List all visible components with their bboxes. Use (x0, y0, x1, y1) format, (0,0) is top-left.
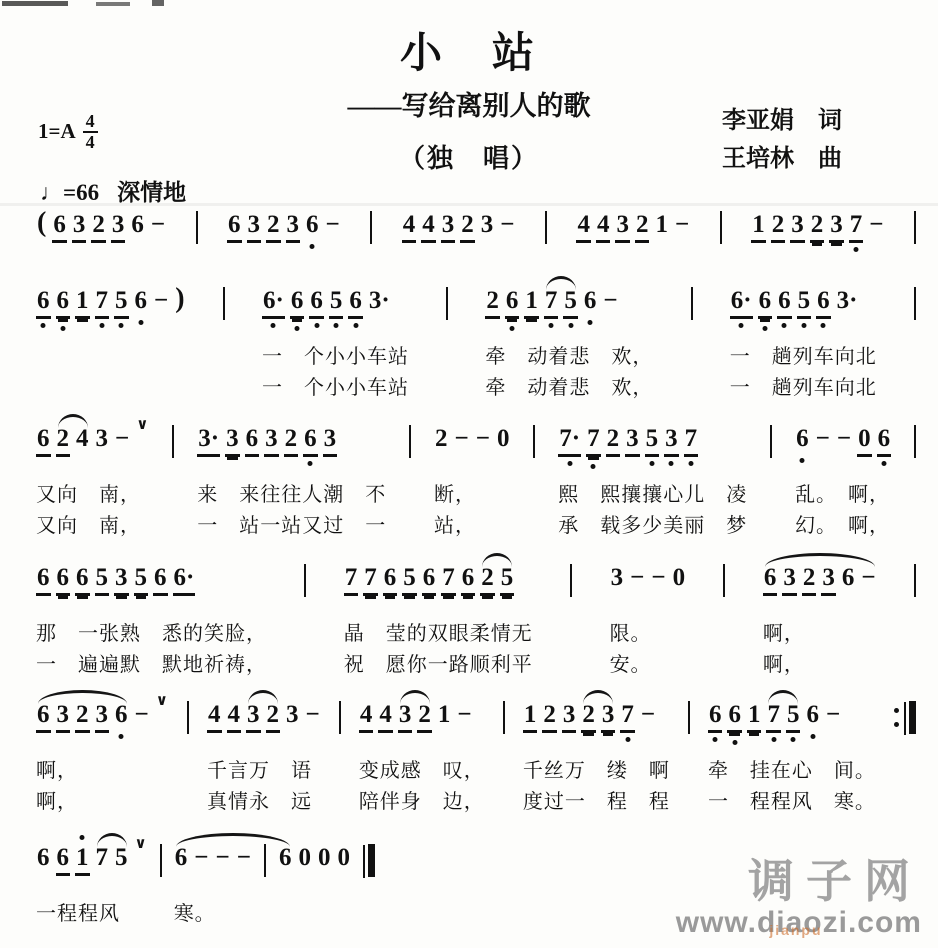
note-6: 6 (708, 700, 723, 733)
barline (720, 211, 722, 244)
note-7: 7 (684, 424, 699, 457)
notes-row: 63236− (763, 563, 877, 611)
note-6: 6 (290, 286, 305, 319)
lyric-line: 一 趟列车向北 (730, 344, 877, 371)
note-6: 6 (174, 843, 189, 873)
slur-arc (176, 833, 291, 847)
expression-marking: 深情地 (117, 174, 186, 207)
measure: 6−−06乱。 啊，幻。 啊， (795, 424, 891, 540)
slur-arc (58, 414, 88, 428)
measure: 63236− (227, 210, 341, 258)
barline (172, 425, 174, 458)
measure: 6−−−寒。 (174, 843, 252, 928)
lyric-line: 断， (434, 482, 511, 509)
note-3: 3 (247, 210, 262, 243)
note-7: 7 (363, 563, 378, 596)
note-3: 3 (95, 424, 110, 454)
dash-hold: − (134, 700, 150, 730)
note-6: 6 (245, 424, 260, 457)
note-4: 4 (207, 700, 222, 733)
note-7: 7 (344, 563, 359, 596)
note-4: 4 (75, 424, 90, 454)
note-3: 3 (480, 210, 495, 240)
note-6: 6 (795, 424, 810, 454)
system-row: 661756−)6·66563·一 个小小车站一 个小小车站261756−牵 动… (36, 286, 916, 402)
note-6: 6 (75, 563, 90, 596)
note-6: 6 (227, 210, 242, 243)
note-1: 1 (654, 210, 669, 240)
lyric-line: 啊， (763, 621, 877, 648)
dash-hold: − (475, 424, 491, 454)
note-6: 6 (309, 286, 324, 319)
music-system: 661756−)6·66563·一 个小小车站一 个小小车站261756−牵 动… (36, 286, 916, 402)
notes-row: 2−−0 (434, 424, 511, 472)
note-6: 6 (36, 700, 51, 733)
lyric-line: 安。 (610, 652, 687, 679)
note-6: 6· (173, 563, 196, 596)
note-6: 6 (36, 286, 51, 319)
barline (691, 287, 693, 320)
song-title: 小 站 (0, 20, 938, 80)
note-5: 5 (95, 563, 110, 596)
note-3: 3 (562, 700, 577, 733)
rest-0: 0 (297, 843, 312, 873)
dash-hold: − (153, 286, 169, 316)
lyric-line: 限。 (610, 621, 687, 648)
lyric-line: 那 一张熟 悉的笑脸， (36, 621, 267, 648)
thick-barline (909, 701, 916, 734)
note-3: 3 (286, 210, 301, 243)
system-row: 63236−∨啊，啊，44323−千言万 语真情永 远44321−变成感 叹，陪… (36, 700, 916, 816)
note-4: 4 (227, 700, 242, 733)
lyric-line: 晶 莹的双眼柔情无 (344, 621, 533, 648)
lyric-line: 乱。 啊， (795, 482, 891, 509)
note-1: 1 (751, 210, 766, 243)
final-barline (363, 844, 375, 878)
lyric-line: 站， (434, 513, 511, 540)
lyric-line: 度过一 程 程 (523, 789, 670, 816)
note-6: 6 (56, 563, 71, 596)
note-3: 3 (225, 424, 240, 457)
note-6: 6 (52, 210, 67, 243)
music-system: 66653566·那 一张熟 悉的笑脸，一 遍遍默 默地祈祷，776567625… (36, 563, 916, 679)
barline (446, 287, 448, 320)
dash-hold: − (674, 210, 690, 240)
breath-mark: ∨ (155, 694, 169, 709)
lyric-line: 牵 动着悲 欢， (485, 375, 653, 402)
notes-row: 123237− (751, 210, 884, 258)
key-label: 1=A (38, 119, 76, 144)
scan-artifact (152, 0, 164, 6)
time-signature-numerator: 4 (83, 112, 98, 133)
lyric-line: 一 站一站又过 一 (197, 513, 386, 540)
system-row: (63236−63236−44323−44321−123237− (36, 210, 916, 258)
note-4: 4 (596, 210, 611, 243)
note-2: 2 (771, 210, 786, 243)
measure: (63236− (36, 210, 166, 258)
note-2: 2 (581, 700, 596, 733)
dash-hold: − (499, 210, 515, 240)
note-6: 6 (763, 563, 778, 596)
time-signature-denominator: 4 (86, 133, 95, 152)
note-2: 2 (480, 563, 495, 596)
dash-hold: − (868, 210, 884, 240)
notes-row: 6243−∨ (36, 424, 149, 472)
repeat-dot (894, 722, 899, 727)
measure: 661756−牵 挂在心 间。一 程程风 寒。 (708, 700, 876, 816)
intro-paren: ) (174, 284, 185, 314)
measure: 2−−0断，站， (434, 424, 511, 540)
dash-hold: − (640, 700, 656, 730)
note-3: 3 (441, 210, 456, 243)
slur-arc (546, 276, 576, 290)
note-6: 6 (727, 700, 742, 733)
notes-row: 63236− (227, 210, 341, 258)
watermark-overlay-text: jianpu (769, 922, 822, 938)
watermark: 调子网 jianpu www.diaozi.com (676, 858, 922, 940)
barline (914, 211, 916, 244)
note-5: 5 (645, 424, 660, 457)
measure: 3−−0限。安。 (610, 563, 687, 679)
notes-row: 6000 (278, 843, 351, 891)
note-1: 1 (524, 286, 539, 319)
note-3: 3 (615, 210, 630, 243)
note-6: 6 (56, 286, 71, 319)
note-4: 4 (359, 700, 374, 733)
lyric-line: 一 个小小车站 (262, 344, 409, 371)
dash-hold: − (193, 843, 209, 873)
barline (223, 287, 225, 320)
note-6: 6 (36, 843, 51, 873)
note-4: 4 (378, 700, 393, 733)
note-2: 2 (266, 700, 281, 733)
rest-0: 0 (317, 843, 332, 873)
slur-arc (583, 690, 613, 704)
system-row: 66175∨一程程风6−−−寒。6000 (36, 843, 375, 928)
watermark-url-row: jianpu www.diaozi.com (676, 906, 922, 940)
notes-row: 44323− (402, 210, 516, 258)
measure: 123237− (751, 210, 884, 258)
note-6: 6 (805, 700, 820, 730)
note-5: 5 (786, 700, 801, 733)
note-7: 7 (544, 286, 559, 319)
dash-hold: − (236, 843, 252, 873)
note-2: 2 (542, 700, 557, 733)
note-3: 3 (72, 210, 87, 243)
note-5: 5 (134, 563, 149, 596)
note-3: 3 (664, 424, 679, 457)
lyric-line: 千言万 语 (207, 758, 321, 785)
barline (264, 844, 266, 877)
measure: 66175∨一程程风 (36, 843, 148, 928)
note-2: 2 (56, 424, 71, 457)
barline (160, 844, 162, 877)
notes-row: 6−−− (174, 843, 252, 891)
dash-hold: − (815, 424, 831, 454)
note-1: 1 (437, 700, 452, 730)
note-3: 3 (56, 700, 71, 733)
note-6: 6 (114, 700, 129, 730)
measure: 6000 (278, 843, 351, 928)
notes-row: 3·363263 (197, 424, 386, 472)
notes-row: 44321− (576, 210, 690, 258)
lyric-line: 承 载多少美丽 梦 (558, 513, 747, 540)
note-3: 3 (790, 210, 805, 243)
note-2: 2 (606, 424, 621, 457)
barline (503, 701, 505, 734)
note-6: 6 (36, 563, 51, 596)
lyric-line: 变成感 叹， (359, 758, 485, 785)
lyric-line: 熙 熙攘攘心儿 凌 (558, 482, 747, 509)
note-6: 6 (56, 843, 71, 876)
music-system: 66175∨一程程风6−−−寒。6000 (36, 843, 375, 928)
note-5: 5 (114, 286, 129, 319)
note-4: 4 (421, 210, 436, 243)
note-3: 3 (323, 424, 338, 457)
note-1: 1 (75, 843, 90, 876)
note-2: 2 (266, 210, 281, 243)
note-2: 2 (802, 563, 817, 596)
notes-row: 44323− (207, 700, 321, 748)
slur-arc (97, 833, 127, 847)
barline (533, 425, 535, 458)
notes-row: 66175∨ (36, 843, 148, 891)
note-7: 7 (620, 700, 635, 733)
breath-mark: ∨ (134, 837, 148, 852)
note-3: 3 (246, 700, 261, 733)
music-system: 63236−∨啊，啊，44323−千言万 语真情永 远44321−变成感 叹，陪… (36, 700, 916, 816)
notes-row: 661756− (708, 700, 876, 748)
note-3: 3 (782, 563, 797, 596)
barline (688, 701, 690, 734)
note-6: 6· (262, 286, 285, 319)
note-1: 1 (75, 286, 90, 319)
rest-0: 0 (857, 424, 872, 457)
measure: 44321− (576, 210, 690, 258)
rest-0: 0 (672, 563, 687, 593)
notes-row: 123237− (523, 700, 670, 748)
note-3: 3 (398, 700, 413, 733)
note-7: 7 (849, 210, 864, 243)
slur-arc (38, 690, 127, 704)
lyric-line (36, 344, 186, 371)
note-6: 6 (877, 424, 892, 457)
measure: 261756−牵 动着悲 欢，牵 动着悲 欢， (485, 286, 653, 402)
note-6: 6 (583, 286, 598, 316)
note-2: 2 (485, 286, 500, 319)
lyric-line (36, 375, 186, 402)
barline (196, 211, 198, 244)
measure: 776567625晶 莹的双眼柔情无祝 愿你一路顺利平 (344, 563, 533, 679)
barline (723, 564, 725, 597)
note-3: 3 (625, 424, 640, 457)
note-6: 6 (816, 286, 831, 319)
note-2: 2 (434, 424, 449, 454)
time-signature: 4 4 (83, 112, 98, 152)
note-4: 4 (402, 210, 417, 243)
note-3: 3· (197, 424, 220, 457)
note-2: 2 (635, 210, 650, 243)
note-6: 6 (383, 563, 398, 596)
dash-hold: − (650, 563, 666, 593)
note-6: 6 (422, 563, 437, 596)
barline (409, 425, 411, 458)
barline (570, 564, 572, 597)
barline (545, 211, 547, 244)
slur-arc (768, 690, 798, 704)
note-6: 6 (777, 286, 792, 319)
key-signature: 1=A 4 4 (38, 112, 98, 152)
measure: 3·363263来 来往往人潮 不一 站一站又过 一 (197, 424, 386, 540)
note-6: 6 (303, 424, 318, 457)
note-6: 6 (348, 286, 363, 319)
measure: 661756−) (36, 286, 186, 402)
lyric-line: 一程程风 (36, 901, 148, 928)
note-5: 5 (563, 286, 578, 319)
note-6: 6 (278, 843, 293, 873)
slur-arc (482, 553, 512, 567)
measure: 123237−千丝万 缕 啊度过一 程 程 (523, 700, 670, 816)
notes-row: 6·66563· (262, 286, 409, 334)
note-6: 6· (730, 286, 753, 319)
lyric-line: 来 来往往人潮 不 (197, 482, 386, 509)
lyric-line: 寒。 (174, 901, 252, 928)
dash-hold: − (305, 700, 321, 730)
lyric-line: 千丝万 缕 啊 (523, 758, 670, 785)
note-2: 2 (460, 210, 475, 243)
dash-hold: − (325, 210, 341, 240)
note-6: 6 (134, 286, 149, 316)
lyric-line: 啊， (36, 758, 169, 785)
note-7: 7 (95, 843, 110, 873)
measure: 6·66563·一 个小小车站一 个小小车站 (262, 286, 409, 402)
notes-row: 7·723537 (558, 424, 747, 472)
note-3: 3 (285, 700, 300, 730)
repeat-dots (894, 701, 899, 734)
lyric-line: 啊， (36, 789, 169, 816)
note-1: 1 (523, 700, 538, 733)
note-7: 7· (558, 424, 581, 457)
notes-row: 66653566· (36, 563, 267, 611)
note-6: 6 (461, 563, 476, 596)
lyric-line: 一 遍遍默 默地祈祷， (36, 652, 267, 679)
measure: 44323− (402, 210, 516, 258)
note-7: 7 (95, 286, 110, 319)
note-6: 6 (153, 563, 168, 596)
dash-hold: − (825, 700, 841, 730)
note-6: 6 (36, 424, 51, 457)
note-3: 3 (821, 563, 836, 596)
measure: 6243−∨又向 南，又向 南， (36, 424, 149, 540)
note-2: 2 (91, 210, 106, 243)
music-system: 6243−∨又向 南，又向 南，3·363263来 来往往人潮 不一 站一站又过… (36, 424, 916, 540)
lyric-line: 牵 动着悲 欢， (485, 344, 653, 371)
barline (914, 425, 916, 458)
dash-hold: − (150, 210, 166, 240)
slur-arc (765, 553, 875, 567)
notes-row: 44321− (359, 700, 485, 748)
rest-0: 0 (496, 424, 511, 454)
notes-row: 261756− (485, 286, 653, 334)
measure: 6·66563·一 趟列车向北一 趟列车向北 (730, 286, 877, 402)
dash-hold: − (214, 843, 230, 873)
note-6: 6 (841, 563, 856, 593)
dash-hold: − (860, 563, 876, 593)
dash-hold: − (629, 563, 645, 593)
notes-row: 3−−0 (610, 563, 687, 611)
scan-artifact (96, 2, 130, 6)
lyric-line: 祝 愿你一路顺利平 (344, 652, 533, 679)
breath-mark: ∨ (135, 418, 149, 433)
watermark-site-name: 调子网 (676, 858, 922, 904)
note-3: 3 (610, 563, 625, 593)
repeat-dot (894, 708, 899, 713)
barline (914, 287, 916, 320)
lyric-line: 幻。 啊， (795, 513, 891, 540)
notes-row: 63236−∨ (36, 700, 169, 748)
lyric-line: 一 个小小车站 (262, 375, 409, 402)
sheet-music-page: 小 站 ——写给离别人的歌 （独 唱） 李亚娟 词 王培林 曲 1=A 4 4 … (0, 0, 938, 948)
measure: 44321−变成感 叹，陪伴身 边， (359, 700, 485, 816)
lyric-line: 一 程程风 寒。 (708, 789, 876, 816)
note-2: 2 (417, 700, 432, 733)
dash-hold: − (602, 286, 618, 316)
note-3: 3 (601, 700, 616, 733)
dash-hold: − (836, 424, 852, 454)
notes-row: (63236− (36, 210, 166, 258)
note-3: 3 (114, 563, 129, 596)
notes-row: 6·66563· (730, 286, 877, 334)
tempo-marking: ♩=66 深情地 (40, 174, 186, 207)
composer-credit: 王培林 曲 (722, 138, 842, 173)
note-5: 5 (500, 563, 515, 596)
measure: 63236−∨啊，啊， (36, 700, 169, 816)
lyric-line: 又向 南， (36, 482, 149, 509)
note-4: 4 (576, 210, 591, 243)
note-3: 3 (95, 700, 110, 733)
note-3: 3 (111, 210, 126, 243)
measure: 44323−千言万 语真情永 远 (207, 700, 321, 816)
barline (370, 211, 372, 244)
note-3: 3· (368, 286, 391, 316)
barline (363, 845, 365, 878)
dash-hold: − (454, 424, 470, 454)
measure: 63236−啊，啊， (763, 563, 877, 679)
note-2: 2 (75, 700, 90, 733)
barline (187, 701, 189, 734)
system-row: 66653566·那 一张熟 悉的笑脸，一 遍遍默 默地祈祷，776567625… (36, 563, 916, 679)
note-1: 1 (747, 700, 762, 733)
barline (914, 564, 916, 597)
note-5: 5 (329, 286, 344, 319)
lyricist-credit: 李亚娟 词 (722, 100, 842, 135)
lyric-line: 牵 挂在心 间。 (708, 758, 876, 785)
music-system: (63236−63236−44323−44321−123237− (36, 210, 916, 258)
system-row: 6243−∨又向 南，又向 南，3·363263来 来往往人潮 不一 站一站又过… (36, 424, 916, 540)
note-3: 3 (829, 210, 844, 243)
slur-arc (400, 690, 430, 704)
note-7: 7 (441, 563, 456, 596)
note-2: 2 (810, 210, 825, 243)
barline (904, 702, 906, 735)
rest-0: 0 (336, 843, 351, 873)
note-2: 2 (284, 424, 299, 457)
lyric-line: 啊， (763, 652, 877, 679)
barline (304, 564, 306, 597)
tempo-value: ♩=66 (40, 180, 99, 206)
scan-artifact (2, 1, 68, 6)
lyric-line: 又向 南， (36, 513, 149, 540)
